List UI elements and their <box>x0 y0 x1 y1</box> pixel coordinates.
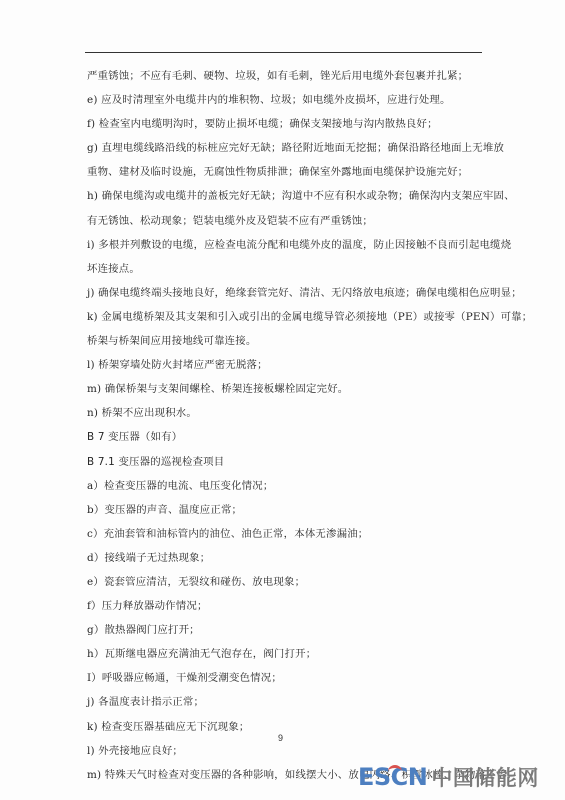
list-item-n: n) 桥架不应出现积水。 <box>87 404 487 428</box>
section-heading-b7-1: B 7.1 变压器的巡视检查项目 <box>87 453 487 477</box>
list-item-i: I）呼吸器应畅通，干燥剂受潮变色情况； <box>87 669 487 693</box>
logo-arc-icon <box>388 765 402 778</box>
list-item-i: i) 多根并列敷设的电缆，应检查电流分配和电缆外皮的温度，防止因接触不良而引起电… <box>87 236 487 260</box>
list-item-b: b）变压器的声音、温度应正常； <box>87 501 487 525</box>
list-item-f: f) 检查室内电缆明沟时，要防止损坏电缆；确保支架接地与沟内散热良好； <box>87 115 487 139</box>
text-line: 严重锈蚀；不应有毛刺、硬物、垃圾，如有毛刺，锉光后用电缆外套包裹并扎紧； <box>87 67 487 91</box>
list-item-e: e) 应及时清理室外电缆井内的堆积物、垃圾；如电缆外皮损坏，应进行处理。 <box>87 91 487 115</box>
text-line: 有无锈蚀、松动现象；铠装电缆外皮及铠装不应有严重锈蚀； <box>87 212 487 236</box>
list-item-f: f）压力释放器动作情况； <box>87 597 487 621</box>
list-item-h: h）瓦斯继电器应充满油无气泡存在，阀门打开； <box>87 645 487 669</box>
text-line: 坏连接点。 <box>87 260 487 284</box>
list-item-k: k) 检查变压器基础应无下沉现象； <box>87 718 487 742</box>
list-item-a: a）检查变压器的电流、电压变化情况； <box>87 477 487 501</box>
list-item-j: j) 确保电缆终端头接地良好，绝缘套管完好、清洁、无闪络放电痕迹；确保电缆相色应… <box>87 284 487 308</box>
text-line: 桥架与桥架间应用接地线可靠连接。 <box>87 332 487 356</box>
watermark-brand-chinese: 中国储能网 <box>431 762 539 792</box>
list-item-k: k) 金属电缆桥架及其支架和引入或引出的金属电缆导管必须接地（PE）或接零（PE… <box>87 308 487 332</box>
list-item-m: m) 确保桥架与支架间螺栓、桥架连接板螺栓固定完好。 <box>87 380 487 404</box>
list-item-c: c）充油套管和油标管内的油位、油色正常，本体无渗漏油； <box>87 525 487 549</box>
header-rule <box>85 52 482 53</box>
watermark-brand-latin: ESCN <box>358 763 427 791</box>
page-number: 9 <box>278 733 283 743</box>
list-item-d: d）接线端子无过热现象； <box>87 549 487 573</box>
document-body: 严重锈蚀；不应有毛刺、硬物、垃圾，如有毛刺，锉光后用电缆外套包裹并扎紧； e) … <box>87 67 487 790</box>
text-line: 重物、建材及临时设施，无腐蚀性物质排泄；确保室外露地面电缆保护设施完好； <box>87 163 487 187</box>
list-item-g: g) 直埋电缆线路沿线的标桩应完好无缺；路径附近地面无挖掘；确保沿路径地面上无堆… <box>87 139 487 163</box>
list-item-j: j) 各温度表计指示正常； <box>87 693 487 717</box>
section-heading-b7: B 7 变压器（如有） <box>87 428 487 452</box>
document-page: 严重锈蚀；不应有毛刺、硬物、垃圾，如有毛刺，锉光后用电缆外套包裹并扎紧； e) … <box>0 0 565 800</box>
list-item-l: l) 桥架穿墙处防火封堵应严密无脱落； <box>87 356 487 380</box>
list-item-e: e）瓷套管应清洁，无裂纹和碰伤、放电现象； <box>87 573 487 597</box>
watermark-logo: ESCN 中国储能网 <box>358 762 539 792</box>
list-item-g: g）散热器阀门应打开； <box>87 621 487 645</box>
list-item-h: h) 确保电缆沟或电缆井的盖板完好无缺；沟道中不应有积水或杂物；确保沟内支架应牢… <box>87 187 487 211</box>
